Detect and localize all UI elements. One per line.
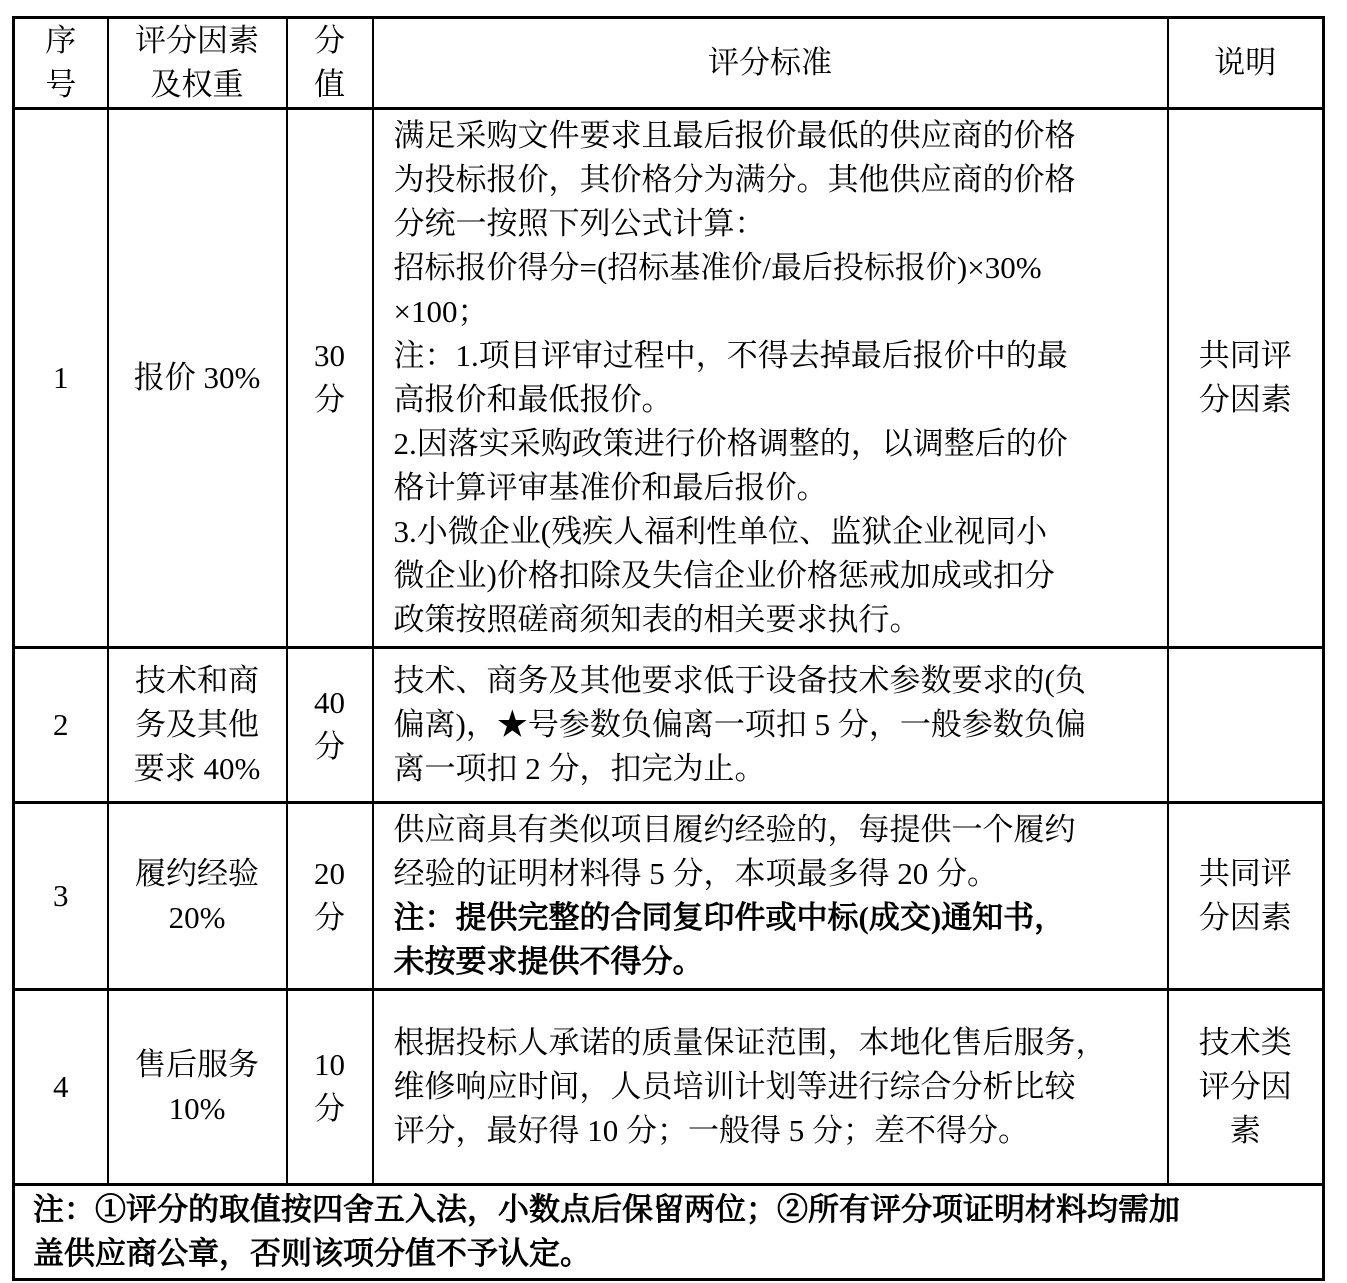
row-number: 3 xyxy=(14,803,108,990)
criteria-text: 供应商具有类似项目履约经验的，每提供一个履约 经验的证明材料得 5 分，本项最多… xyxy=(394,808,1159,896)
criteria-cell: 满足采购文件要求且最后报价最低的供应商的价格 为投标报价，其价格分为满分。其他供… xyxy=(373,109,1168,648)
note-cell: 共同评 分因素 xyxy=(1168,803,1324,990)
criteria-text: 根据投标人承诺的质量保证范围，本地化售后服务， 维修响应时间，人员培训计划等进行… xyxy=(394,1021,1159,1153)
criteria-cell: 技术、商务及其他要求低于设备技术参数要求的(负 偏离)，★号参数负偏离一项扣 5… xyxy=(373,648,1168,803)
table-footnote: 注：①评分的取值按四舍五入法，小数点后保留两位；②所有评分项证明材料均需加 盖供… xyxy=(14,1185,1324,1280)
header-cell-score: 分 值 xyxy=(287,18,373,109)
row-number: 1 xyxy=(14,109,108,648)
header-cell-no: 序 号 xyxy=(14,18,108,109)
row-number: 4 xyxy=(14,990,108,1185)
factor-cell: 履约经验 20% xyxy=(108,803,287,990)
factor-cell: 报价 30% xyxy=(108,109,287,648)
factor-cell: 技术和商 务及其他 要求 40% xyxy=(108,648,287,803)
score-cell: 40 分 xyxy=(287,648,373,803)
header-cell-factor: 评分因素 及权重 xyxy=(108,18,287,109)
header-cell-criteria: 评分标准 xyxy=(373,18,1168,109)
header-cell-note: 说明 xyxy=(1168,18,1324,109)
table-row-4: 4 售后服务 10% 10 分 根据投标人承诺的质量保证范围，本地化售后服务， … xyxy=(14,990,1324,1185)
criteria-cell: 根据投标人承诺的质量保证范围，本地化售后服务， 维修响应时间，人员培训计划等进行… xyxy=(373,990,1168,1185)
table-row-2: 2 技术和商 务及其他 要求 40% 40 分 技术、商务及其他要求低于设备技术… xyxy=(14,648,1324,803)
table-row-1: 1 报价 30% 30 分 满足采购文件要求且最后报价最低的供应商的价格 为投标… xyxy=(14,109,1324,648)
criteria-cell: 供应商具有类似项目履约经验的，每提供一个履约 经验的证明材料得 5 分，本项最多… xyxy=(373,803,1168,990)
header-row: 序 号 评分因素 及权重 分 值 评分标准 说明 xyxy=(14,18,1324,109)
score-cell: 10 分 xyxy=(287,990,373,1185)
criteria-text: 满足采购文件要求且最后报价最低的供应商的价格 为投标报价，其价格分为满分。其他供… xyxy=(394,114,1159,642)
footnote-row: 注：①评分的取值按四舍五入法，小数点后保留两位；②所有评分项证明材料均需加 盖供… xyxy=(14,1185,1324,1280)
score-cell: 30 分 xyxy=(287,109,373,648)
note-cell: 技术类 评分因 素 xyxy=(1168,990,1324,1185)
document-sheet: 序 号 评分因素 及权重 分 值 评分标准 说明 1 报价 30% 30 分 满… xyxy=(12,16,1325,1281)
note-cell xyxy=(1168,648,1324,803)
criteria-text: 技术、商务及其他要求低于设备技术参数要求的(负 偏离)，★号参数负偏离一项扣 5… xyxy=(394,659,1159,791)
note-cell: 共同评 分因素 xyxy=(1168,109,1324,648)
row-number: 2 xyxy=(14,648,108,803)
table-row-3: 3 履约经验 20% 20 分 供应商具有类似项目履约经验的，每提供一个履约 经… xyxy=(14,803,1324,990)
score-cell: 20 分 xyxy=(287,803,373,990)
criteria-text-bold: 注：提供完整的合同复印件或中标(成交)通知书， 未按要求提供不得分。 xyxy=(394,896,1159,984)
factor-cell: 售后服务 10% xyxy=(108,990,287,1185)
scoring-table: 序 号 评分因素 及权重 分 值 评分标准 说明 1 报价 30% 30 分 满… xyxy=(12,16,1325,1281)
